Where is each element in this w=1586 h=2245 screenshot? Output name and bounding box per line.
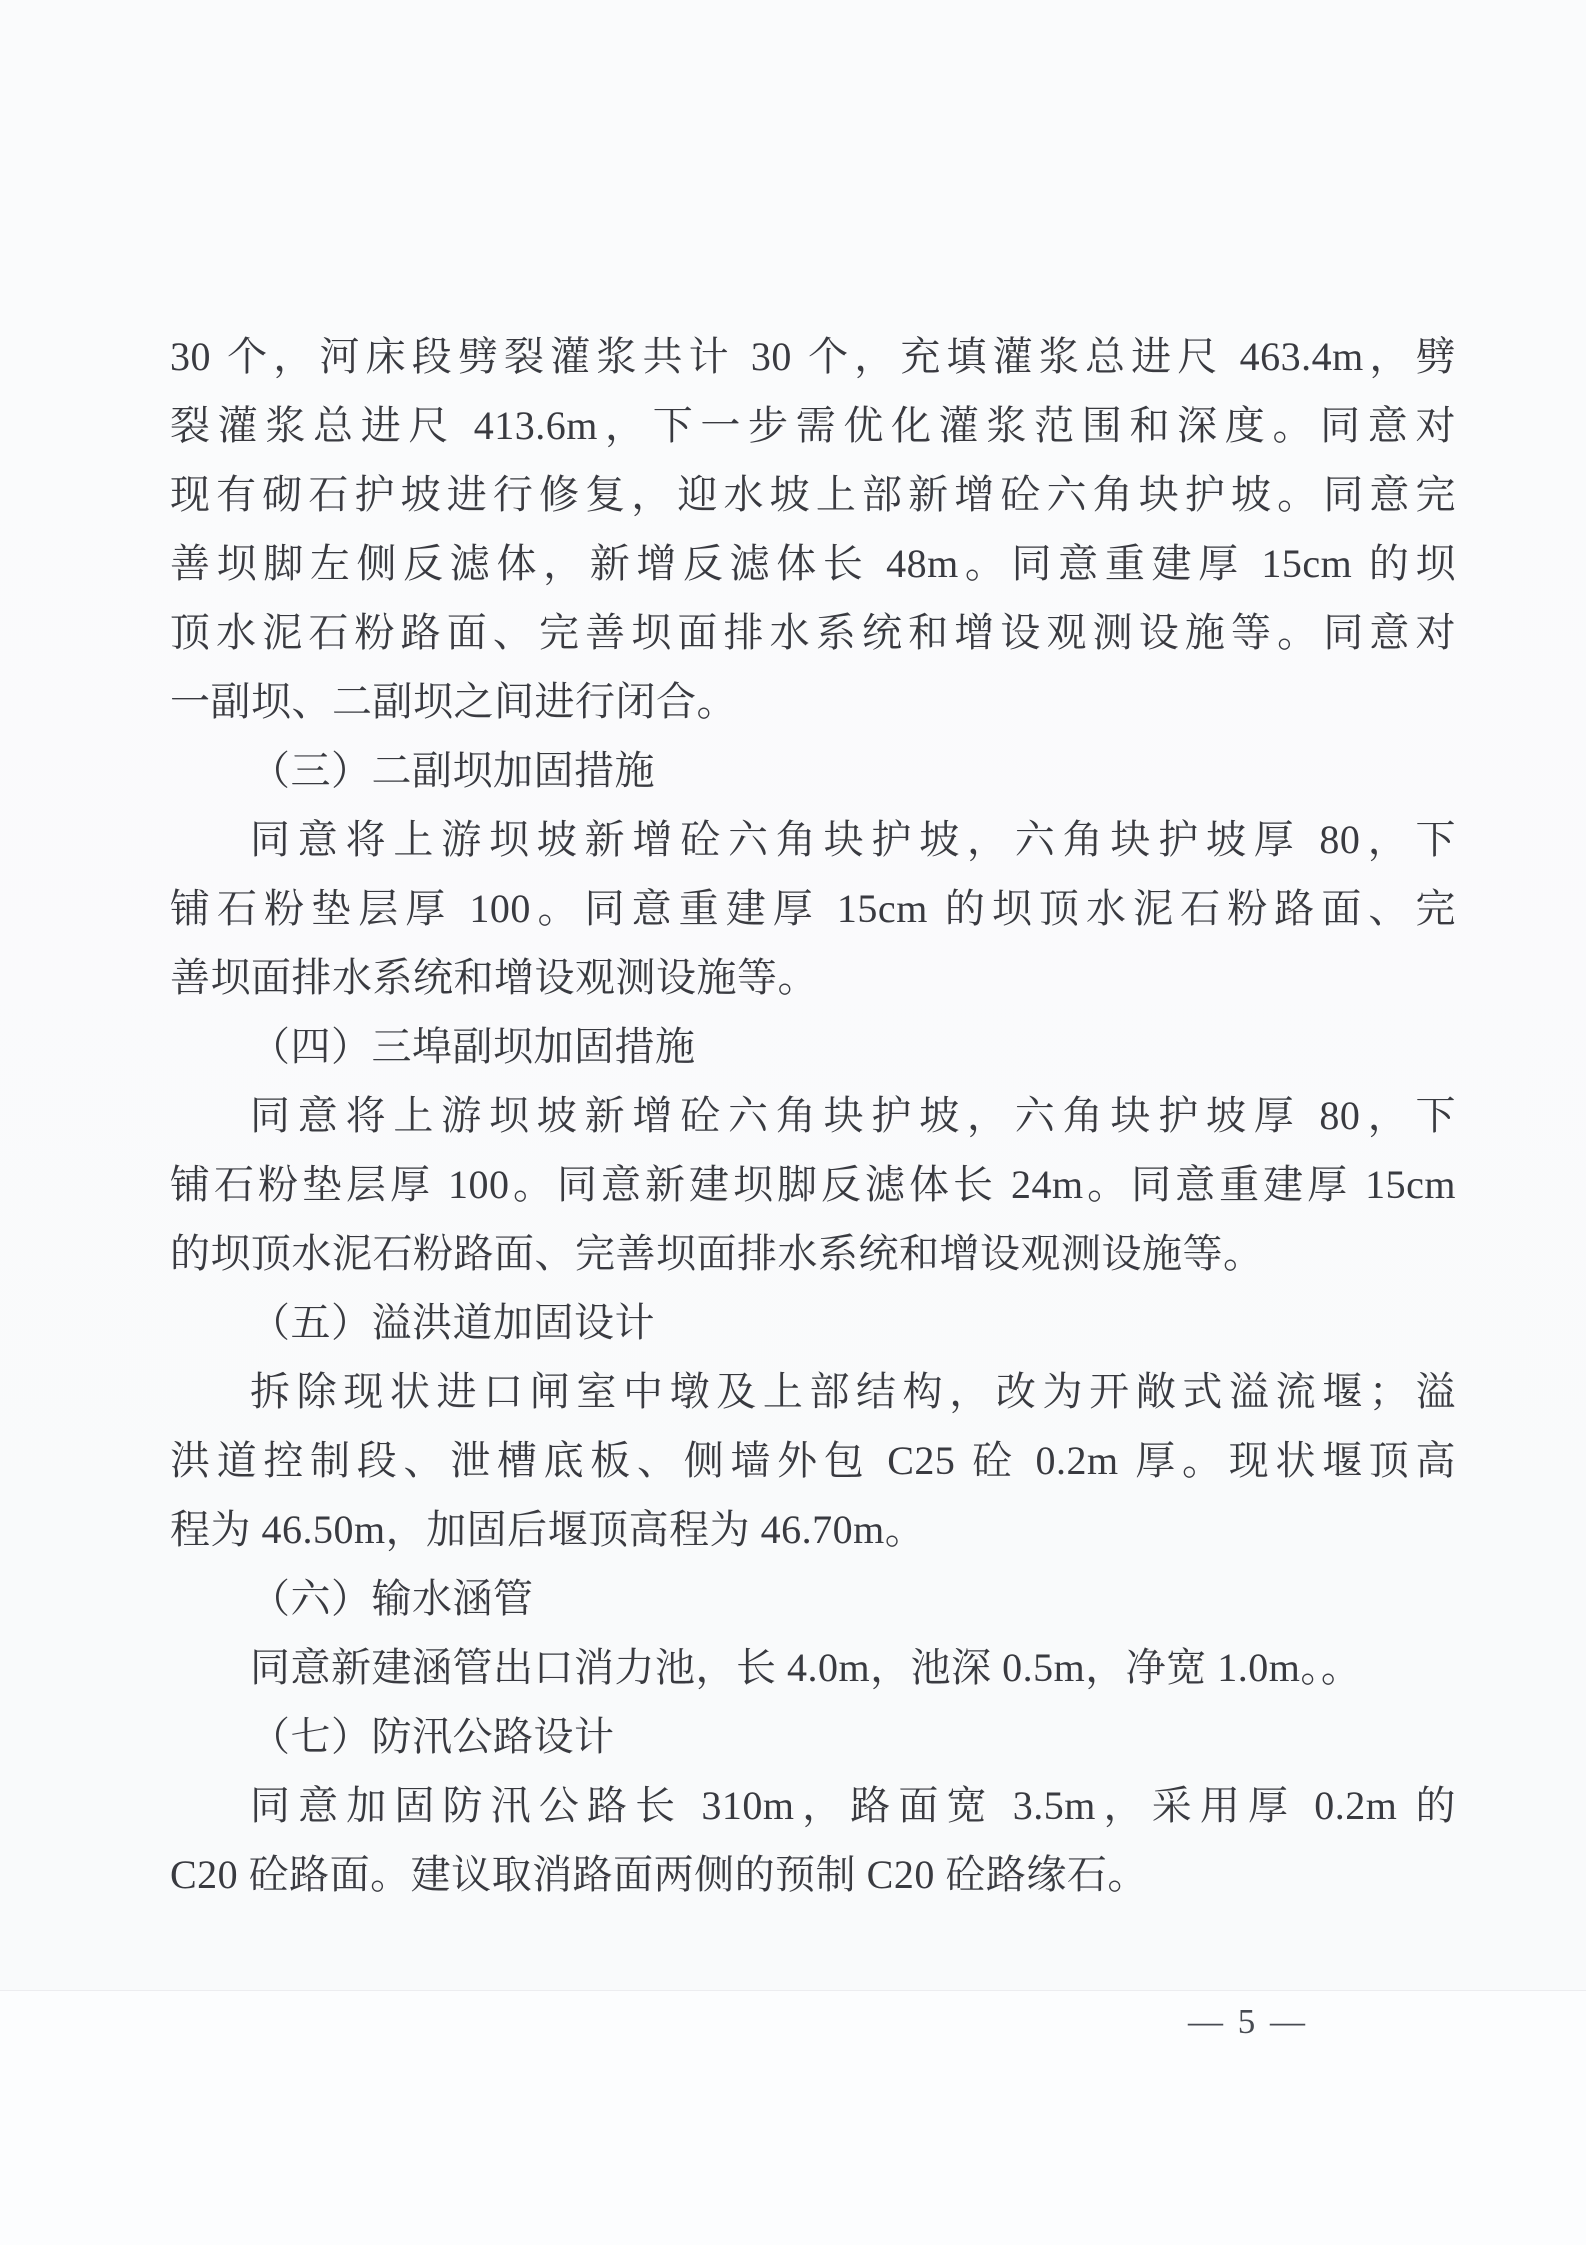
text-line: 铺石粉垫层厚 100。同意新建坝脚反滤体长 24m。同意重建厚 15cm [170,1150,1456,1219]
section-heading: （四）三埠副坝加固措施 [170,1012,1456,1081]
document-page: 30 个，河床段劈裂灌浆共计 30 个，充填灌浆总进尺 463.4m，劈裂灌浆总… [0,0,1586,2245]
text-line: 同意新建涵管出口消力池，长 4.0m，池深 0.5m，净宽 1.0m。。 [170,1633,1456,1702]
page-number: — 5 — [1178,2002,1318,2042]
section-heading: （六）输水涵管 [170,1564,1456,1633]
page-bottom-margin [0,1991,1586,2245]
text-line: 拆除现状进口闸室中墩及上部结构，改为开敞式溢流堰；溢 [170,1357,1456,1426]
document-body: 30 个，河床段劈裂灌浆共计 30 个，充填灌浆总进尺 463.4m，劈裂灌浆总… [170,322,1456,1909]
text-line: 善坝面排水系统和增设观测设施等。 [170,943,1456,1012]
text-line: 同意将上游坝坡新增砼六角块护坡，六角块护坡厚 80，下 [170,1081,1456,1150]
scanned-document-page: { "page": { "background_color": "#fafbfc… [0,0,1586,2245]
text-line: 30 个，河床段劈裂灌浆共计 30 个，充填灌浆总进尺 463.4m，劈 [170,322,1456,391]
section-heading: （五）溢洪道加固设计 [170,1288,1456,1357]
text-line: 同意加固防汛公路长 310m，路面宽 3.5m，采用厚 0.2m 的 [170,1771,1456,1840]
text-line: 洪道控制段、泄槽底板、侧墙外包 C25 砼 0.2m 厚。现状堰顶高 [170,1426,1456,1495]
section-heading: （七）防汛公路设计 [170,1702,1456,1771]
text-line: 顶水泥石粉路面、完善坝面排水系统和增设观测设施等。同意对 [170,598,1456,667]
text-line: 程为 46.50m，加固后堰顶高程为 46.70m。 [170,1495,1456,1564]
section-heading: （三）二副坝加固措施 [170,736,1456,805]
text-line: 铺石粉垫层厚 100。同意重建厚 15cm 的坝顶水泥石粉路面、完 [170,874,1456,943]
text-line: 现有砌石护坡进行修复，迎水坡上部新增砼六角块护坡。同意完 [170,460,1456,529]
text-line: 同意将上游坝坡新增砼六角块护坡，六角块护坡厚 80，下 [170,805,1456,874]
text-line: 一副坝、二副坝之间进行闭合。 [170,667,1456,736]
text-line: 善坝脚左侧反滤体，新增反滤体长 48m。同意重建厚 15cm 的坝 [170,529,1456,598]
text-line: 的坝顶水泥石粉路面、完善坝面排水系统和增设观测设施等。 [170,1219,1456,1288]
text-line: C20 砼路面。建议取消路面两侧的预制 C20 砼路缘石。 [170,1840,1456,1909]
text-line: 裂灌浆总进尺 413.6m，下一步需优化灌浆范围和深度。同意对 [170,391,1456,460]
